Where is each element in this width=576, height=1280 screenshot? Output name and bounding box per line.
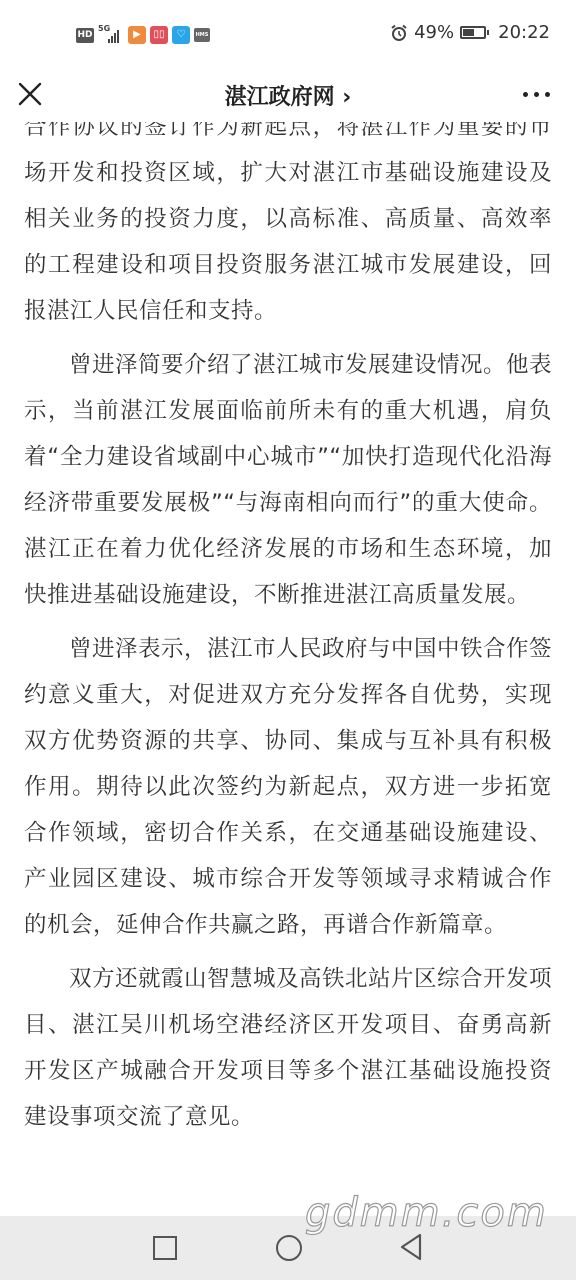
nav-bar: 湛江政府网 › [0,70,576,122]
status-bar: HD 5G ▶ ▯▯ ♡ HMS 49% 20:22 [0,0,576,70]
status-icons-left: HD 5G ▶ ▯▯ ♡ HMS [76,26,210,44]
battery-percent: 49% [414,22,454,43]
video-app-icon: ▶ [128,26,146,44]
reader-app-icon: ▯▯ [150,26,168,44]
article-paragraph: 曾进泽简要介绍了湛江城市发展建设情况。他表示，当前湛江发展面临前所未有的重大机遇… [24,342,552,618]
clock: 20:22 [498,22,550,43]
back-button[interactable] [398,1232,424,1262]
status-icons-right: 49% 20:22 [390,22,550,43]
watermark: gdmm.com [305,1190,548,1236]
hd-icon: HD [76,28,94,43]
alarm-icon [390,24,408,42]
page-title[interactable]: 湛江政府网 › [0,80,576,111]
home-button[interactable] [276,1235,302,1261]
article-paragraph: 合作协议的签订作为新起点，将湛江作为重要的市场开发和投资区域，扩大对湛江市基础设… [24,104,552,334]
more-icon[interactable] [523,92,550,97]
sms-icon: HMS [194,28,210,42]
article-body: 合作协议的签订作为新起点，将湛江作为重要的市场开发和投资区域，扩大对湛江市基础设… [24,104,552,1148]
article-paragraph: 曾进泽表示，湛江市人民政府与中国中铁合作签约意义重大，对促进双方充分发挥各自优势… [24,626,552,948]
bulb-app-icon: ♡ [172,26,190,44]
5g-signal-icon: 5G [98,26,124,44]
battery-icon [460,26,486,39]
article-paragraph: 双方还就霞山智慧城及高铁北站片区综合开发项目、湛江吴川机场空港经济区开发项目、奋… [24,956,552,1140]
recents-button[interactable] [153,1236,177,1260]
